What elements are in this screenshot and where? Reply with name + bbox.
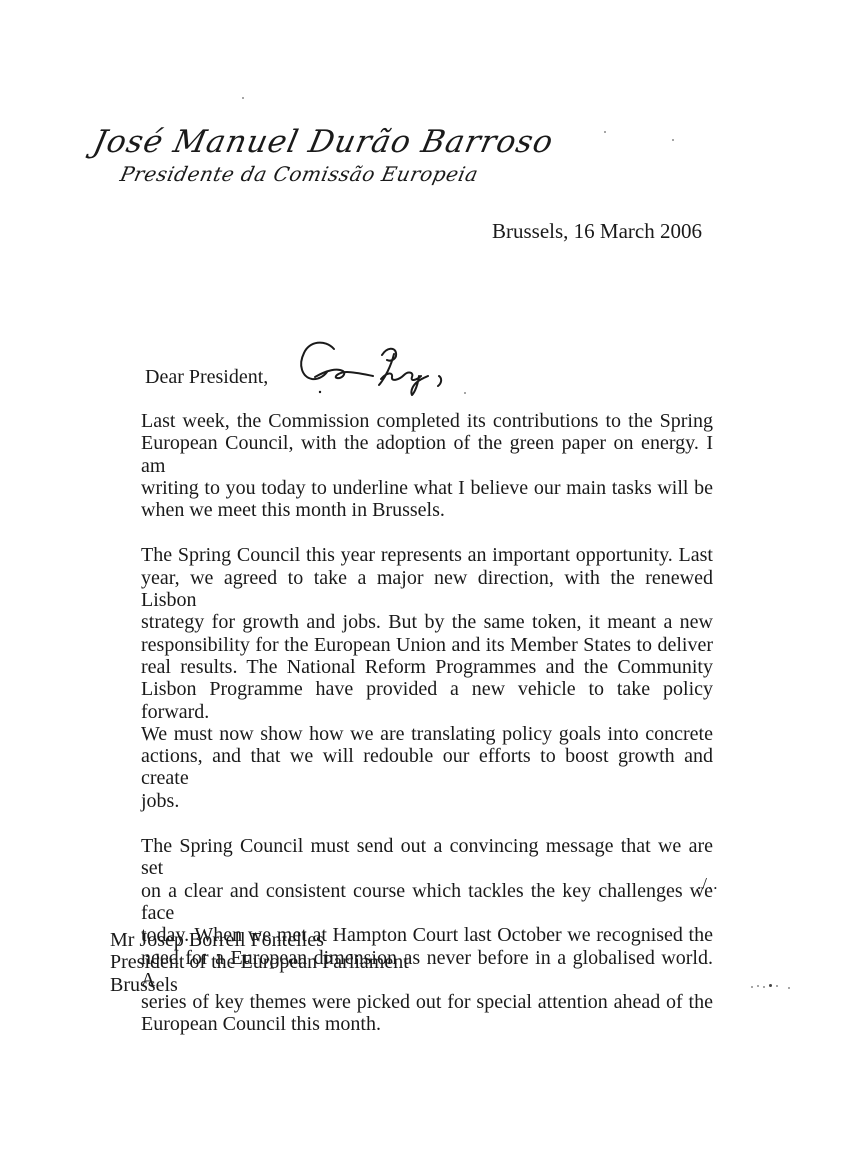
paragraph-line: European Council this month.	[141, 1013, 713, 1035]
paragraph-line: Lisbon Programme have provided a new veh…	[141, 678, 713, 723]
recipient-address: Mr Josep Borrell FontellesPresident of t…	[110, 929, 409, 996]
paragraph-line: real results. The National Reform Progra…	[141, 656, 713, 678]
paragraph: The Spring Council this year represents …	[141, 544, 713, 812]
paragraph-line: The Spring Council must send out a convi…	[141, 835, 713, 880]
scan-speck	[769, 984, 772, 987]
paragraph-line: European Council, with the adoption of t…	[141, 432, 713, 477]
letterhead-title: Presidente da Comissão Europeia	[118, 162, 554, 186]
recipient-line: Brussels	[110, 974, 409, 996]
scanned-letter-page: José Manuel Durão Barroso Presidente da …	[0, 0, 864, 1149]
recipient-line: Mr Josep Borrell Fontelles	[110, 929, 409, 951]
paragraph-line: responsibility for the European Union an…	[141, 634, 713, 656]
paragraph-line: jobs.	[141, 790, 713, 812]
continuation-mark: ./..	[697, 874, 718, 894]
salutation: Dear President,	[145, 366, 268, 389]
date-line: Brussels, 16 March 2006	[492, 219, 702, 244]
paragraph-line: strategy for growth and jobs. But by the…	[141, 611, 713, 633]
handwritten-note	[281, 334, 453, 398]
letterhead: José Manuel Durão Barroso Presidente da …	[90, 124, 549, 186]
scan-speck	[415, 738, 417, 740]
paragraph-line: We must now show how we are translating …	[141, 723, 713, 745]
recipient-lines: Mr Josep Borrell FontellesPresident of t…	[110, 929, 409, 996]
recipient-line: President of the European Parliament	[110, 951, 409, 973]
paragraph-line: on a clear and consistent course which t…	[141, 880, 713, 925]
scan-speck	[242, 97, 244, 99]
paragraph-line: actions, and that we will redouble our e…	[141, 745, 713, 790]
scan-speck	[788, 987, 790, 989]
letterhead-name: José Manuel Durão Barroso	[90, 124, 557, 160]
scan-speck	[477, 937, 479, 939]
paragraph-line: when we meet this month in Brussels.	[141, 499, 713, 521]
scan-speck	[604, 131, 606, 133]
paragraph-line: writing to you today to underline what I…	[141, 477, 713, 499]
paragraph-line: year, we agreed to take a major new dire…	[141, 567, 713, 612]
scan-speck	[757, 985, 759, 987]
paragraph: Last week, the Commission completed its …	[141, 410, 713, 521]
paragraph-line: Last week, the Commission completed its …	[141, 410, 713, 432]
scan-speck	[751, 986, 753, 988]
scan-speck	[776, 985, 778, 987]
scan-speck	[464, 392, 466, 394]
scan-speck	[672, 139, 674, 141]
scan-speck	[763, 986, 765, 988]
paragraph-line: The Spring Council this year represents …	[141, 544, 713, 566]
